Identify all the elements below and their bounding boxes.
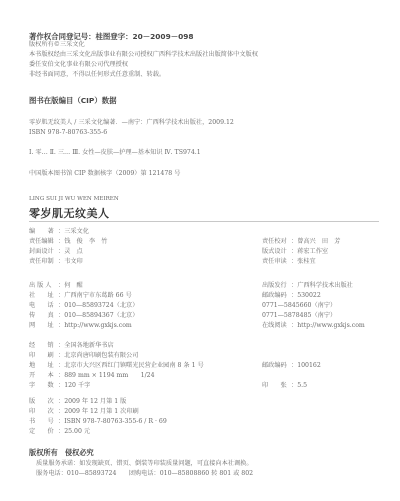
publisher-label: 出版发行 [262,282,291,290]
print-label: 版 次 [29,398,58,406]
credit-row: 责任编辑：钱 俊 李 竹 [29,238,108,246]
print-value: 100162 [297,362,321,369]
publisher-phone: 0771—5845660（南宁） [262,302,336,310]
credit-label: 版式设计 [262,248,291,256]
print-label: 定 价 [29,428,58,436]
print-row: 定 价：25.00 元 [29,428,90,436]
quality-note: 质量服务承诺：如发现缺页、错页、倒装等印装质量问题，可直接向本社调换。 [36,460,253,468]
publisher-value: 010—85894367（北京） [64,312,138,319]
print-label: 印 张 [262,382,291,390]
print-value: 120 千字 [64,382,90,389]
credit-label: 编 著 [29,228,58,236]
publisher-phone: 0771—5878485（南宁） [262,312,336,320]
copyright-line: 非经书面同意，不得以任何形式任意重制、转载。 [29,71,165,79]
print-row: 印 刷：北京尚唐印刷包装有限公司 [29,352,138,360]
publisher-row: 电 话：010—85893724（北京） [29,302,138,310]
print-row: 经 销：全国各地新华书店 [29,342,114,350]
print-row: 字 数：120 千字 [29,382,90,390]
print-value: 2009 年 12 月第 1 版 [64,398,126,405]
credit-value: 曾高兴 田 芳 [297,238,340,245]
publisher-row: 网 址：http://www.gxkjs.com [29,322,132,330]
publisher-row: 社 址：广西南宁市东葛路 66 号 [29,292,132,300]
publisher-row: 在线阅读：http://www.gxkjs.com [262,322,365,330]
credit-row: 封面设计：灵 点 [29,248,83,256]
service-phones: 服务电话：010—85893724 团购电话：010—85808860 转 80… [36,470,253,478]
publisher-row: 传 真：010—85894367（北京） [29,312,138,320]
title-divider [29,221,379,222]
credit-value: 韦文印 [64,258,83,265]
cip-classification: Ⅰ. 零… Ⅱ. 三… Ⅲ. 女性—皮肤—护理—基本知识 Ⅳ. TS974.1 [29,149,201,157]
publisher-row: 邮政编码：530022 [262,292,321,300]
publisher-label: 网 址 [29,322,58,330]
print-label: 印 次 [29,408,58,416]
print-label: 书 号 [29,418,58,426]
cip-heading: 图书在版编目（CIP）数据 [29,95,117,106]
copyright-line: 版权所有©三采文化 [29,41,85,49]
credit-value: 三采文化 [64,228,89,235]
credit-row: 版式设计：蒋宏工作室 [262,248,328,256]
print-label: 经 销 [29,342,58,350]
publisher-label: 社 址 [29,292,58,300]
print-row: 开 本：889 mm × 1194 mm 1/24 [29,372,155,380]
credit-label: 责任审读 [262,258,291,266]
credit-value: 蒋宏工作室 [297,248,328,255]
print-value: 25.00 元 [64,428,90,435]
online-reading-link[interactable]: http://www.gxkjs.com [297,322,365,329]
publisher-label: 邮政编码 [262,292,291,300]
website-link[interactable]: http://www.gxkjs.com [64,322,132,329]
print-value: 北京市大兴区西红门镇曙光民营企业园南 8 条 1 号 [64,362,204,369]
publisher-value: 广西南宁市东葛路 66 号 [64,292,132,299]
publisher-value: 广西科学技术出版社 [297,282,353,289]
publisher-value: 530022 [297,292,321,299]
credit-value: 钱 俊 李 竹 [64,238,107,245]
publisher-row: 出版发行：广西科学技术出版社 [262,282,353,290]
publisher-value: 010—85893724（北京） [64,302,138,309]
credit-label: 封面设计 [29,248,58,256]
credit-row: 责任印制：韦文印 [29,258,83,266]
cip-entry: 零岁肌无纹美人 / 三采文化编著．—南宁：广西科学技术出版社，2009.12 [29,119,234,127]
publisher-label: 电 话 [29,302,58,310]
print-label: 邮政编码 [262,362,291,370]
cip-isbn: ISBN 978-7-80763-355-6 [29,129,107,137]
copyright-line: 委任安伯文化事业有限公司代理授权 [29,61,128,69]
credit-label: 责任编辑 [29,238,58,246]
credit-value: 灵 点 [64,248,83,255]
credit-row: 责任审读：张桂宜 [262,258,316,266]
copyright-line: 本书版权经由三采文化出版事业有限公司授权广西科学技术出版社出版简体中文版权 [29,51,258,59]
credit-row: 责任校对：曾高兴 田 芳 [262,238,341,246]
publisher-label: 传 真 [29,312,58,320]
print-value: 全国各地新华书店 [64,342,114,349]
print-row: 书 号：ISBN 978-7-80763-355-6 / R · 69 [29,418,167,426]
print-label: 字 数 [29,382,58,390]
credit-label: 责任印制 [29,258,58,266]
print-value: 北京尚唐印刷包装有限公司 [64,352,138,359]
print-value: 2009 年 12 月第 1 次印刷 [64,408,139,415]
credit-label: 责任校对 [262,238,291,246]
credit-value: 张桂宜 [297,258,316,265]
print-label: 地 址 [29,362,58,370]
book-title: 零岁肌无纹美人 [29,205,110,221]
print-row: 地 址：北京市大兴区西红门镇曙光民营企业园南 8 条 1 号 [29,362,204,370]
publisher-row: 出 版 人：何 醒 [29,282,83,290]
print-row: 印 次：2009 年 12 月第 1 次印刷 [29,408,139,416]
print-value: 889 mm × 1194 mm 1/24 [64,372,154,379]
credit-row: 编 著：三采文化 [29,228,89,236]
print-value: 5.5 [297,382,307,389]
title-pinyin: LING SUI JI WU WEN MEIREN [29,196,119,202]
print-row: 印 张：5.5 [262,382,307,390]
rights-heading: 版权所有 侵权必究 [29,448,94,458]
publisher-label: 在线阅读 [262,322,291,330]
print-label: 印 刷 [29,352,58,360]
publisher-label: 出 版 人 [29,282,58,290]
cip-library-note: 中国版本图书馆 CIP 数据核字（2009）第 121478 号 [29,170,180,178]
print-label: 开 本 [29,372,58,380]
print-row: 版 次：2009 年 12 月第 1 版 [29,398,126,406]
print-row: 邮政编码：100162 [262,362,321,370]
print-value: ISBN 978-7-80763-355-6 / R · 69 [64,418,167,425]
publisher-value: 何 醒 [64,282,83,289]
